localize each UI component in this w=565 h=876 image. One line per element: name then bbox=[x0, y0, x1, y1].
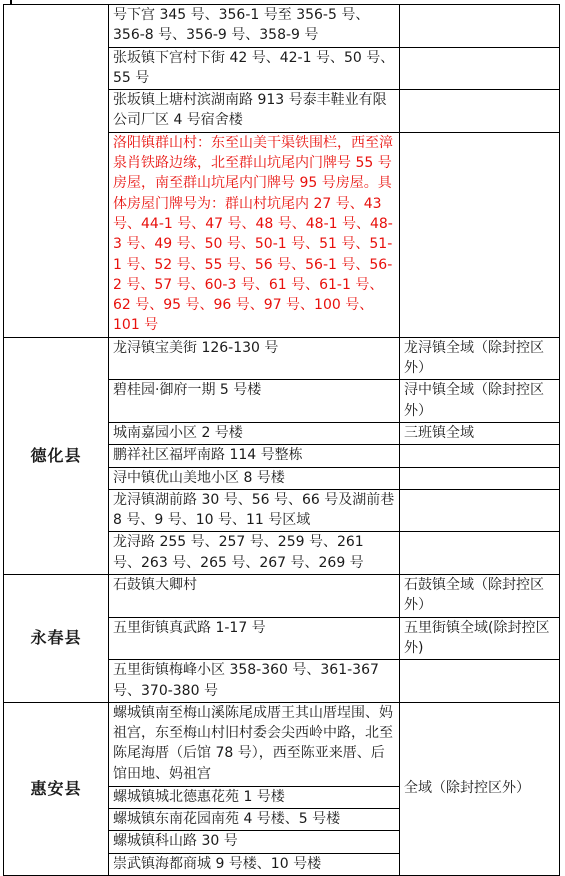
zone-cell bbox=[400, 489, 560, 532]
county-cell: 惠安县 bbox=[4, 702, 109, 875]
zone-cell bbox=[400, 532, 560, 575]
zone-cell-merged: 全域（除封控区外） bbox=[400, 702, 560, 875]
address-cell: 龙浔路 255 号、257 号、259 号、261 号、263 号、265 号、… bbox=[109, 532, 400, 575]
address-cell: 城南嘉园小区 2 号楼 bbox=[109, 422, 400, 444]
address-cell: 螺城镇科山路 30 号 bbox=[109, 831, 400, 853]
county-cell: 永春县 bbox=[4, 575, 109, 703]
zone-cell bbox=[400, 90, 560, 133]
address-cell: 螺城镇南至梅山溪陈尾成厝王其山厝埕围、妈祖宫，东至梅山村旧村委会尖西岭中路，北至… bbox=[109, 702, 400, 786]
table-row: 永春县 石鼓镇大卿村 石鼓镇全域（除封控区外） bbox=[4, 575, 560, 618]
zone-cell bbox=[400, 445, 560, 467]
address-cell: 龙浔镇湖前路 30 号、56 号、66 号及湖前巷 8 号、9 号、10 号、1… bbox=[109, 489, 400, 532]
table-row: 惠安县 螺城镇南至梅山溪陈尾成厝王其山厝埕围、妈祖宫，东至梅山村旧村委会尖西岭中… bbox=[4, 702, 560, 786]
address-cell: 鹏祥社区福坪南路 114 号整栋 bbox=[109, 445, 400, 467]
address-cell: 螺城镇城北德惠花苑 1 号楼 bbox=[109, 786, 400, 808]
zone-cell: 五里街镇全域(除封控区外) bbox=[400, 617, 560, 660]
address-cell: 五里街镇真武路 1-17 号 bbox=[109, 617, 400, 660]
address-cell: 碧桂园·御府一期 5 号楼 bbox=[109, 380, 400, 423]
address-cell: 五里街镇梅峰小区 358-360 号、361-367 号、370-380 号 bbox=[109, 660, 400, 703]
address-cell: 崇武镇海都商城 9 号楼、10 号楼 bbox=[109, 853, 400, 875]
table-row: 号下宫 345 号、356-1 号至 356-5 号、356-8 号、356-9… bbox=[4, 5, 560, 48]
county-cell: 德化县 bbox=[4, 337, 109, 574]
zone-cell bbox=[400, 132, 560, 337]
zone-cell bbox=[400, 5, 560, 48]
zone-cell bbox=[400, 660, 560, 703]
address-cell-red: 洛阳镇群山村：东至山美干渠铁围栏，西至漳泉肖铁路边缘，北至群山坑尾内门牌号 55… bbox=[109, 132, 400, 337]
address-cell: 浔中镇优山美地小区 8 号楼 bbox=[109, 467, 400, 489]
address-cell: 号下宫 345 号、356-1 号至 356-5 号、356-8 号、356-9… bbox=[109, 5, 400, 48]
zone-cell: 石鼓镇全域（除封控区外） bbox=[400, 575, 560, 618]
table-row: 德化县 龙浔镇宝美街 126-130 号 龙浔镇全域（除封控区外） bbox=[4, 337, 560, 380]
control-zones-table: 号下宫 345 号、356-1 号至 356-5 号、356-8 号、356-9… bbox=[3, 4, 560, 876]
zone-cell bbox=[400, 467, 560, 489]
zone-cell: 龙浔镇全域（除封控区外） bbox=[400, 337, 560, 380]
address-cell: 张坂镇下宫村下街 42 号、42-1 号、50 号、55 号 bbox=[109, 47, 400, 90]
zone-cell: 浔中镇全域（除封控区外） bbox=[400, 380, 560, 423]
address-cell: 螺城镇东南花园南苑 4 号楼、5 号楼 bbox=[109, 809, 400, 831]
address-cell: 张坂镇上塘村滨湖南路 913 号泰丰鞋业有限公司厂区 4 号宿舍楼 bbox=[109, 90, 400, 133]
address-cell: 龙浔镇宝美街 126-130 号 bbox=[109, 337, 400, 380]
zone-cell: 三班镇全域 bbox=[400, 422, 560, 444]
address-cell: 石鼓镇大卿村 bbox=[109, 575, 400, 618]
zone-cell bbox=[400, 47, 560, 90]
county-cell bbox=[4, 5, 109, 338]
